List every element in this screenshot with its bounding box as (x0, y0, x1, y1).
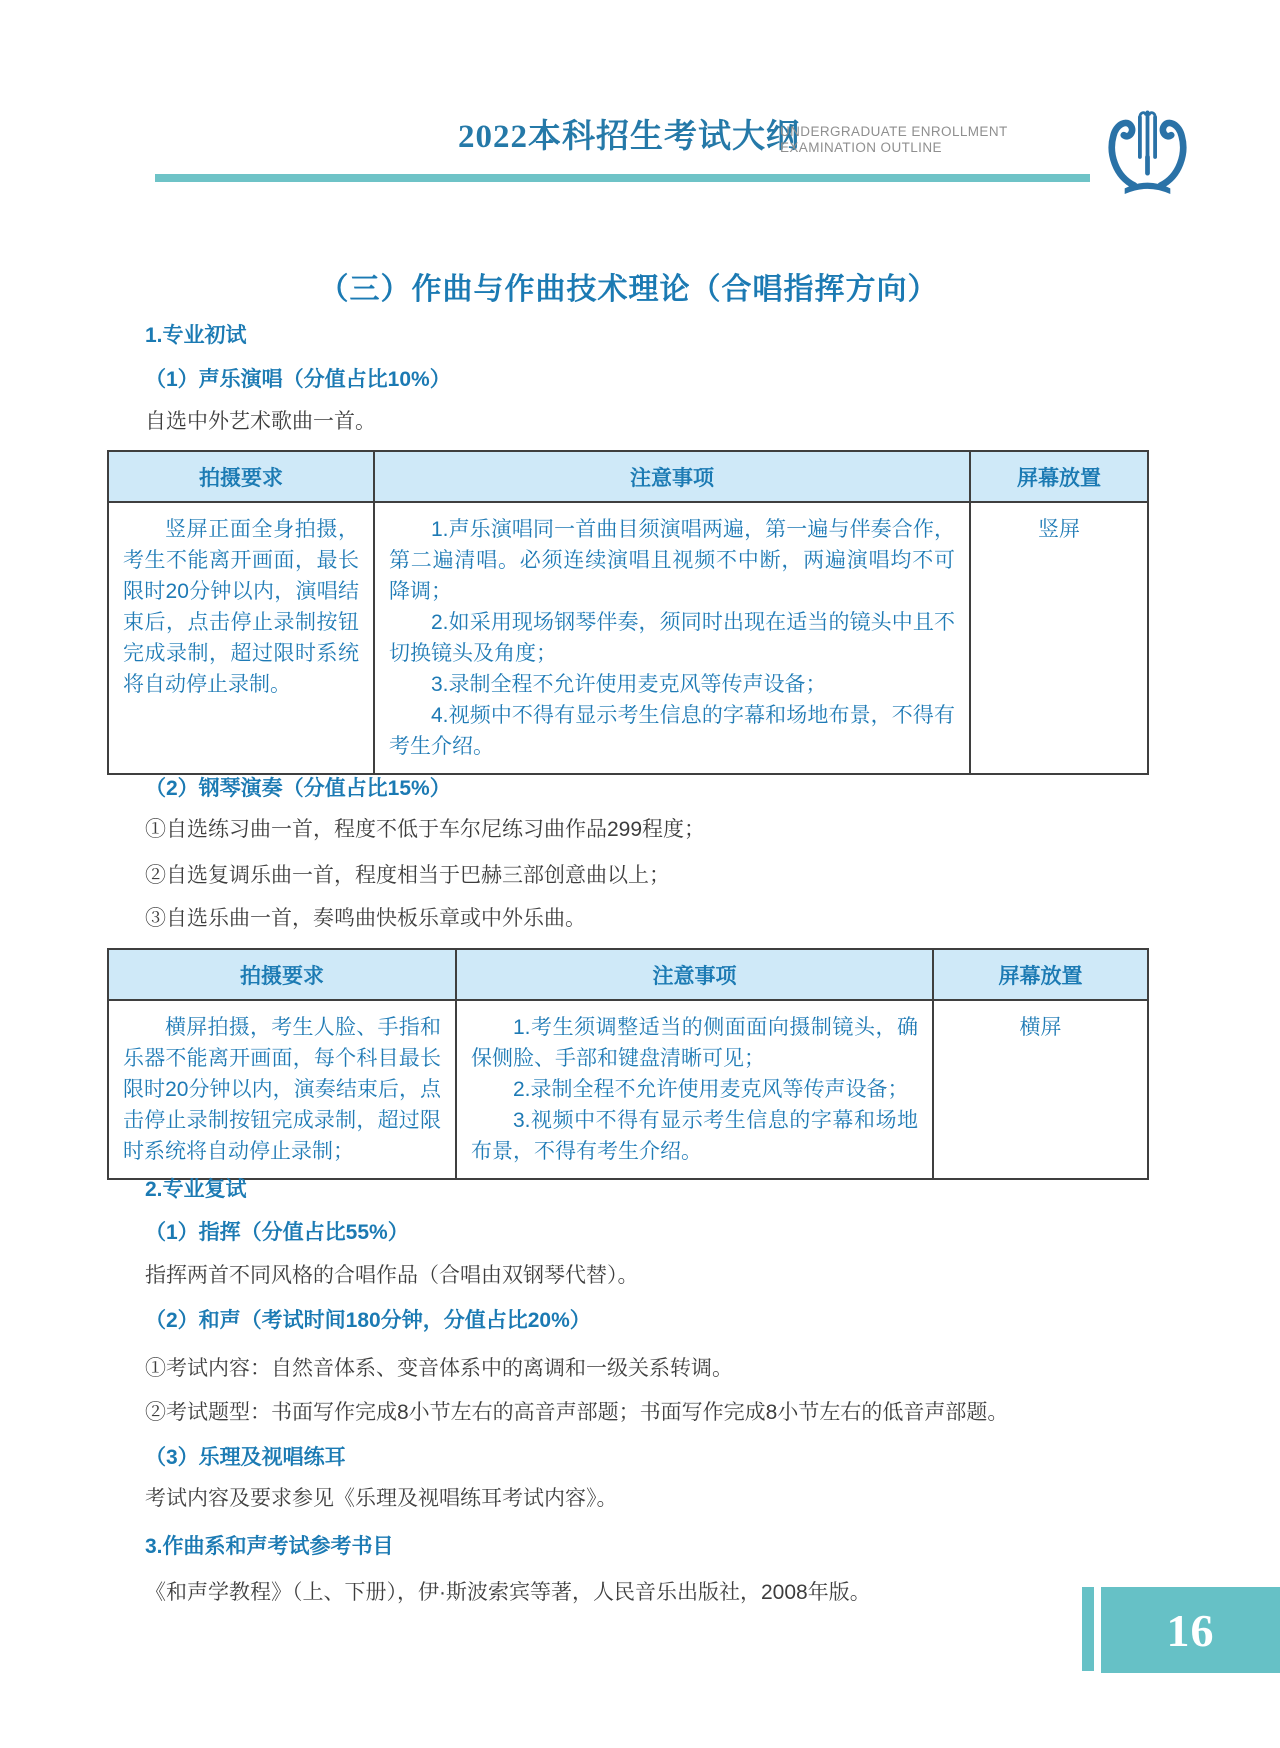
section-2-heading: 2.专业复试 (107, 1177, 1150, 1203)
column-header-shooting: 拍摄要求 (108, 451, 374, 502)
screen-orientation-cell: 竖屏 (970, 502, 1148, 774)
header-title: 2022本科招生考试大纲 (458, 110, 800, 157)
notes-cell: 1.声乐演唱同一首曲目须演唱两遍，第一遍与伴奏合作，第二遍清唱。必须连续演唱且视… (374, 502, 970, 774)
table-header-row: 拍摄要求 注意事项 屏幕放置 (108, 451, 1148, 502)
notes-cell: 1.考生须调整适当的侧面面向摄制镜头，确保侧脸、手部和键盘清晰可见； 2.录制全… (456, 1000, 933, 1179)
header-subtitle-line2: EXAMINATION OUTLINE (780, 140, 1008, 156)
section-1-1-paragraph: 自选中外艺术歌曲一首。 (107, 409, 1150, 435)
page-title: （三）作曲与作曲技术理论（合唱指挥方向） (107, 264, 1150, 308)
list-item-harmony-1: ①考试内容：自然音体系、变音体系中的离调和一级关系转调。 (107, 1356, 1150, 1382)
note-item: 1.声乐演唱同一首曲目须演唱两遍，第一遍与伴奏合作，第二遍清唱。必须连续演唱且视… (389, 514, 955, 607)
screen-orientation-cell: 横屏 (933, 1000, 1148, 1179)
column-header-screen: 屏幕放置 (933, 949, 1148, 1000)
section-1-2-heading: （2）钢琴演奏（分值占比15%） (107, 776, 1150, 802)
requirements-table-vocal: 拍摄要求 注意事项 屏幕放置 竖屏正面全身拍摄，考生不能离开画面，最长限时20分… (107, 450, 1149, 775)
section-2-1-paragraph: 指挥两首不同风格的合唱作品（合唱由双钢琴代替）。 (107, 1263, 1150, 1289)
requirements-table-piano: 拍摄要求 注意事项 屏幕放置 横屏拍摄，考生人脸、手指和乐器不能离开画面，每个科… (107, 948, 1149, 1180)
list-item-piano-1: ①自选练习曲一首，程度不低于车尔尼练习曲作品299程度； (107, 817, 1150, 843)
list-item-piano-2: ②自选复调乐曲一首，程度相当于巴赫三部创意曲以上； (107, 863, 1150, 889)
document-page: 2022本科招生考试大纲 UNDERGRADUATE ENROLLMENT EX… (0, 0, 1280, 1748)
page-number-badge: 16 (1101, 1587, 1280, 1673)
list-item-piano-3: ③自选乐曲一首，奏鸣曲快板乐章或中外乐曲。 (107, 906, 1150, 932)
note-item: 3.录制全程不允许使用麦克风等传声设备； (389, 669, 955, 700)
column-header-screen: 屏幕放置 (970, 451, 1148, 502)
header-subtitle: UNDERGRADUATE ENROLLMENT EXAMINATION OUT… (780, 124, 1008, 156)
column-header-shooting: 拍摄要求 (108, 949, 456, 1000)
shooting-requirements-cell: 竖屏正面全身拍摄，考生不能离开画面，最长限时20分钟以内，演唱结束后，点击停止录… (108, 502, 374, 774)
section-3-heading: 3.作曲系和声考试参考书目 (107, 1534, 1150, 1560)
section-2-3-heading: （3）乐理及视唱练耳 (107, 1445, 1150, 1471)
table-header-row: 拍摄要求 注意事项 屏幕放置 (108, 949, 1148, 1000)
list-item-harmony-2: ②考试题型：书面写作完成8小节左右的高音声部题；书面写作完成8小节左右的低音声部… (107, 1400, 1150, 1426)
section-2-2-heading: （2）和声（考试时间180分钟，分值占比20%） (107, 1308, 1150, 1334)
column-header-notes: 注意事项 (374, 451, 970, 502)
shooting-requirements-cell: 横屏拍摄，考生人脸、手指和乐器不能离开画面，每个科目最长限时20分钟以内，演奏结… (108, 1000, 456, 1179)
page-badge-accent-bar (1082, 1587, 1094, 1671)
section-2-1-heading: （1）指挥（分值占比55%） (107, 1220, 1150, 1246)
page-number: 16 (1167, 1604, 1215, 1657)
note-item: 1.考生须调整适当的侧面面向摄制镜头，确保侧脸、手部和键盘清晰可见； (471, 1012, 918, 1074)
note-item: 4.视频中不得有显示考生信息的字幕和场地布景，不得有考生介绍。 (389, 700, 955, 762)
section-2-3-paragraph: 考试内容及要求参见《乐理及视唱练耳考试内容》。 (107, 1486, 1150, 1512)
lyre-logo-icon (1100, 100, 1195, 195)
column-header-notes: 注意事项 (456, 949, 933, 1000)
section-1-1-heading: （1）声乐演唱（分值占比10%） (107, 367, 1150, 393)
shooting-requirements-text: 竖屏正面全身拍摄，考生不能离开画面，最长限时20分钟以内，演唱结束后，点击停止录… (123, 514, 359, 700)
section-1-heading: 1.专业初试 (107, 323, 1150, 349)
section-3-paragraph: 《和声学教程》（上、下册），伊·斯波索宾等著，人民音乐出版社，2008年版。 (107, 1580, 1150, 1606)
note-item: 2.录制全程不允许使用麦克风等传声设备； (471, 1074, 918, 1105)
header-subtitle-line1: UNDERGRADUATE ENROLLMENT (780, 124, 1008, 140)
note-item: 2.如采用现场钢琴伴奏，须同时出现在适当的镜头中且不切换镜头及角度； (389, 607, 955, 669)
note-item: 3.视频中不得有显示考生信息的字幕和场地布景，不得有考生介绍。 (471, 1105, 918, 1167)
shooting-requirements-text: 横屏拍摄，考生人脸、手指和乐器不能离开画面，每个科目最长限时20分钟以内，演奏结… (123, 1012, 441, 1167)
header-divider (155, 174, 1090, 182)
table-row: 竖屏正面全身拍摄，考生不能离开画面，最长限时20分钟以内，演唱结束后，点击停止录… (108, 502, 1148, 774)
table-row: 横屏拍摄，考生人脸、手指和乐器不能离开画面，每个科目最长限时20分钟以内，演奏结… (108, 1000, 1148, 1179)
